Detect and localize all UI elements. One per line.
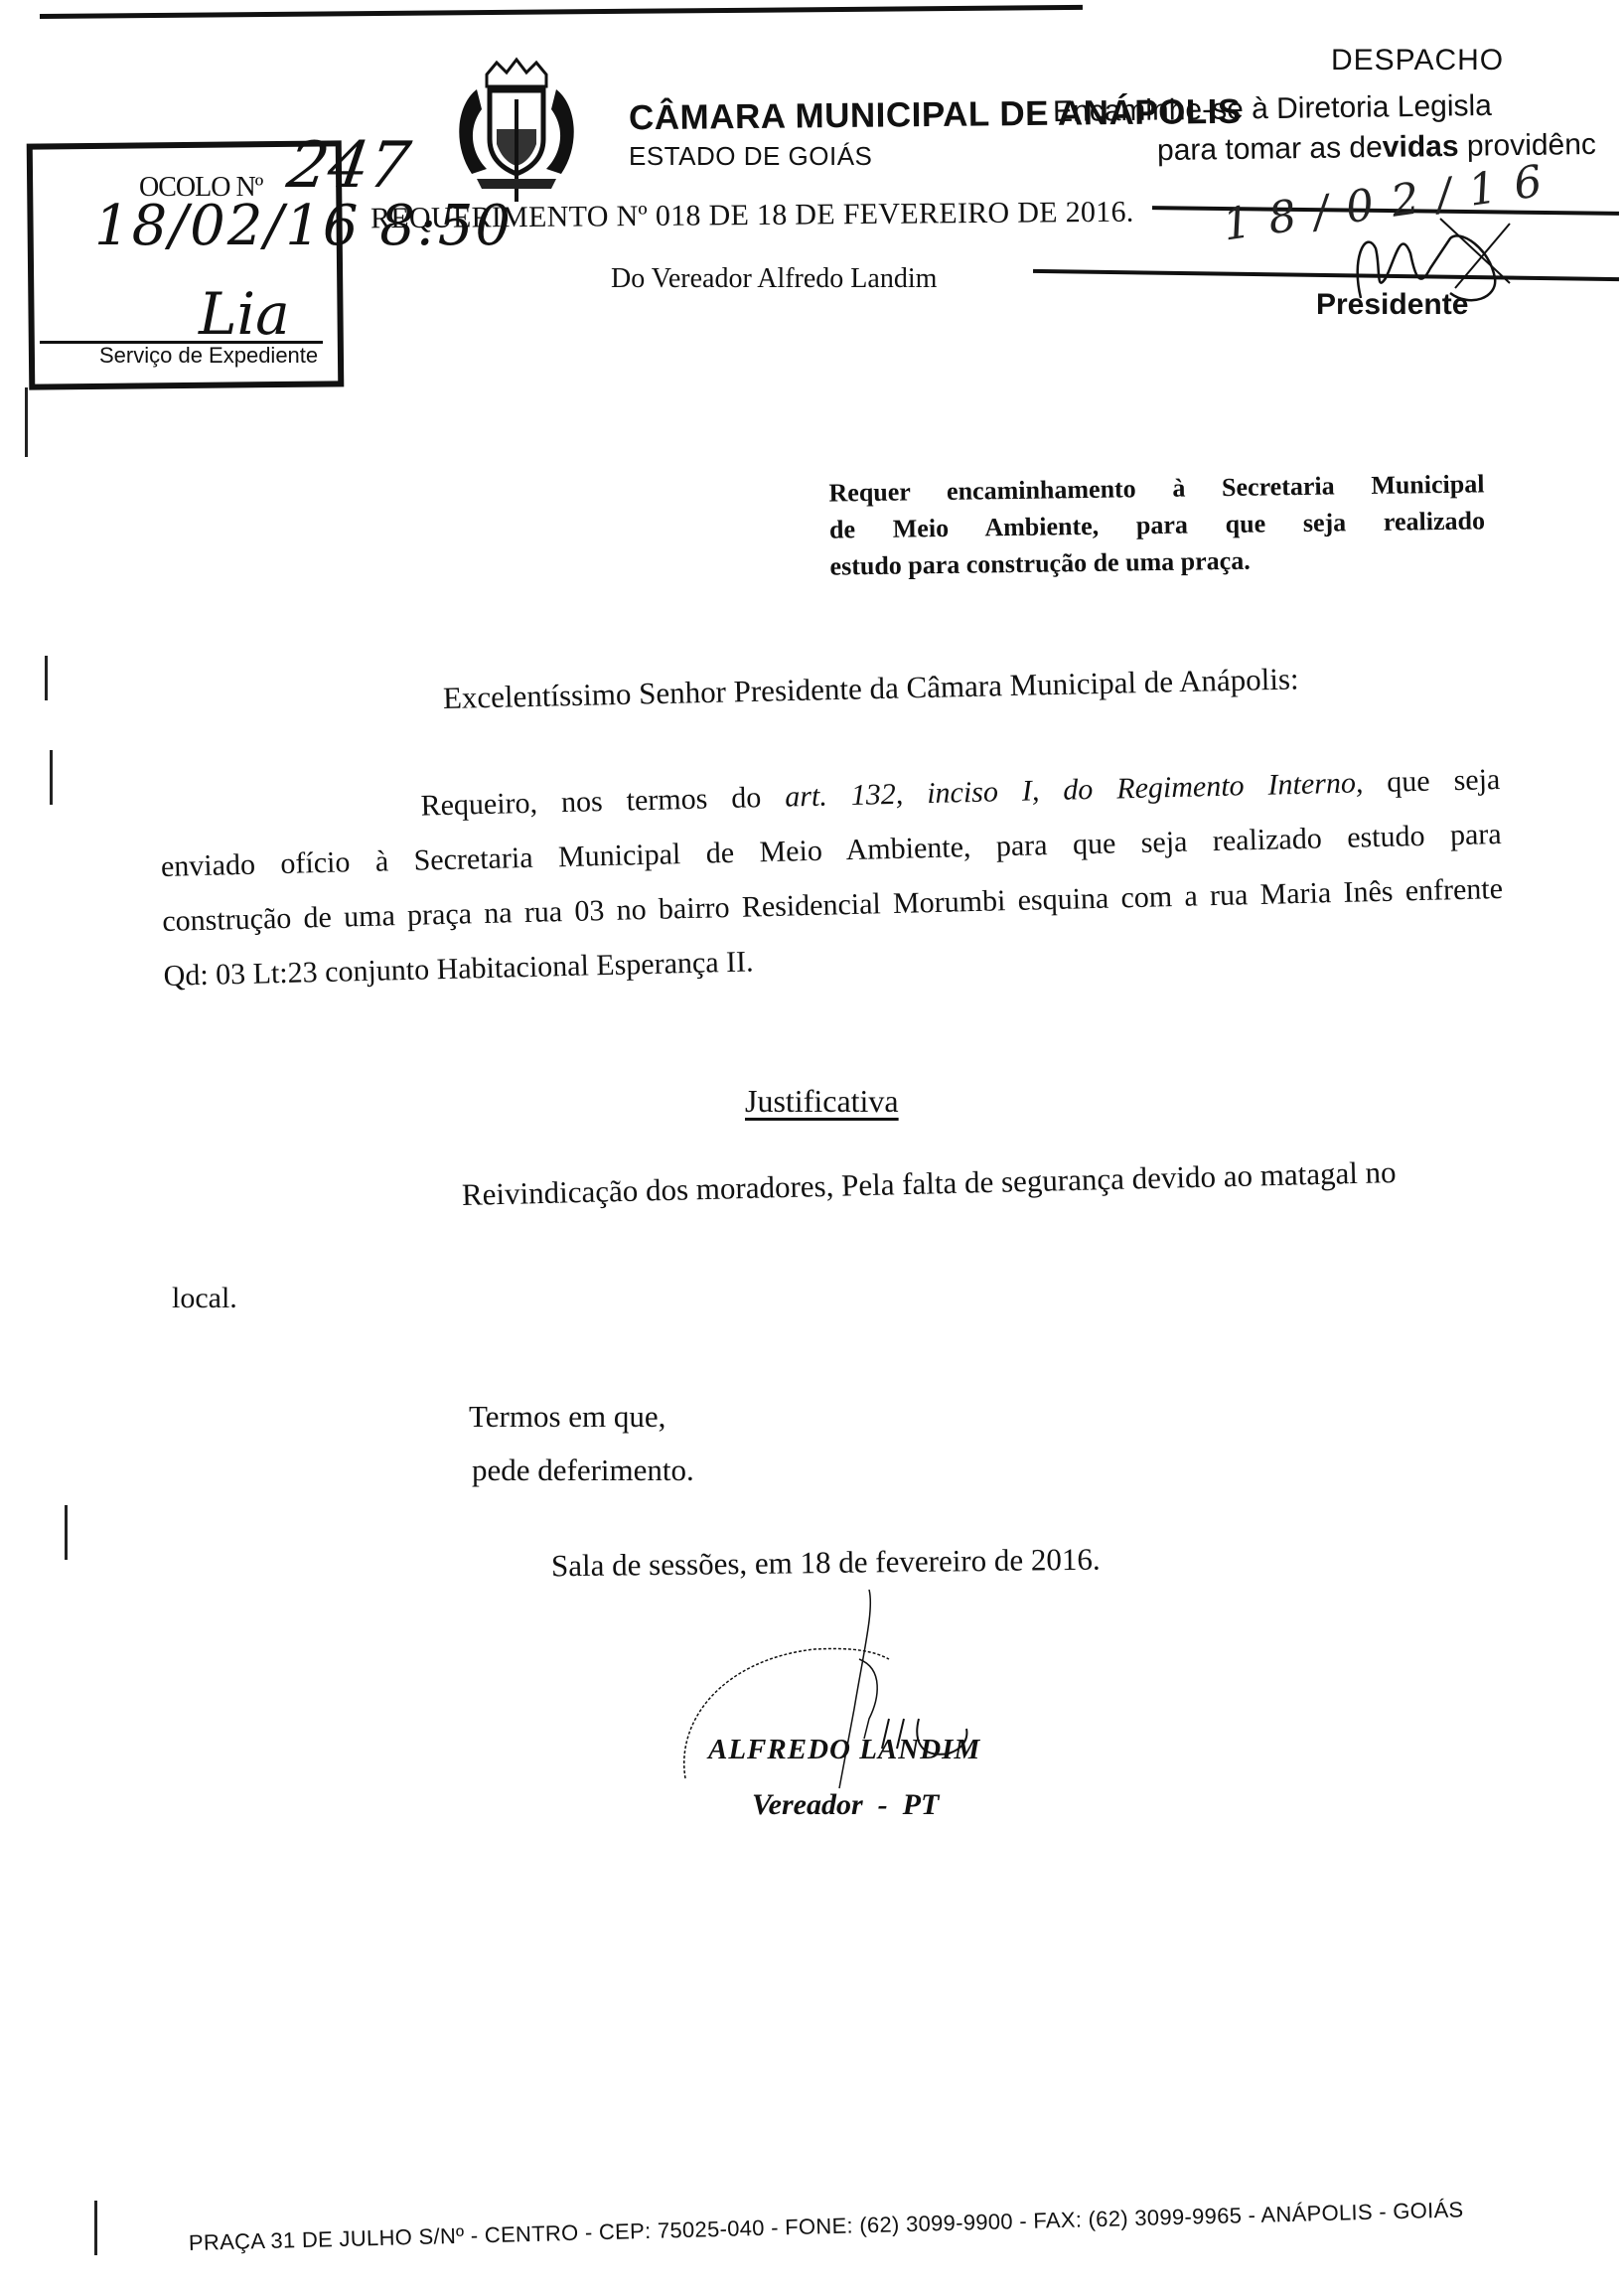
- body-text: Requeiro, nos termos do: [420, 781, 785, 823]
- protocol-signature: Lia: [199, 280, 290, 348]
- justification-heading: Justificativa: [745, 1083, 899, 1120]
- justification-text: Reivindicação dos moradores, Pela falta …: [462, 1154, 1397, 1213]
- despacho-title: DESPACHO: [1331, 44, 1504, 77]
- despacho-signature-label: Presidente: [1316, 288, 1468, 322]
- request-body: Requeiro, nos termos do art. 132, inciso…: [159, 752, 1505, 1003]
- body-text: que seja: [1363, 763, 1501, 799]
- institution-state: ESTADO DE GOIÁS: [629, 141, 872, 172]
- scan-artifact: [25, 387, 28, 457]
- scan-border-line: [40, 5, 1083, 19]
- protocol-number: 247: [283, 129, 415, 203]
- closing-line-1: Termos em que,: [469, 1399, 665, 1435]
- ementa-line: estudo para construção de uma praça.: [829, 538, 1485, 584]
- signer-name: ALFREDO LANDIM: [708, 1734, 980, 1766]
- scan-artifact: [50, 750, 53, 805]
- scan-artifact: [45, 656, 48, 700]
- document-title: REQUERIMENTO Nº 018 DE 18 DE FEVEREIRO D…: [370, 196, 1134, 236]
- signer-role: Vereador - PT: [752, 1788, 939, 1822]
- despacho-line-2-text: para tomar as de: [1157, 131, 1383, 167]
- justification-text-end: local.: [172, 1282, 237, 1315]
- salutation: Excelentíssimo Senhor Presidente da Câma…: [443, 661, 1299, 716]
- despacho-line-2-bold: vidas: [1383, 130, 1459, 164]
- protocol-service-label: Serviço de Expediente: [99, 343, 318, 369]
- ementa: Requer encaminhamento à Secretaria Munic…: [828, 465, 1485, 584]
- despacho-line-1: Encaminhe-se à Diretoria Legisla: [1053, 89, 1492, 129]
- place-date: Sala de sessões, em 18 de fevereiro de 2…: [551, 1542, 1101, 1585]
- closing-line-2: pede deferimento.: [472, 1452, 694, 1488]
- body-citation: art. 132, inciso I, do Regimento Interno…: [785, 766, 1364, 813]
- scan-artifact: [94, 2201, 97, 2255]
- municipal-crest-icon: [452, 55, 581, 204]
- scan-artifact: [65, 1505, 68, 1560]
- signer-signature-icon: [665, 1590, 1043, 1798]
- footer-address: PRAÇA 31 DE JULHO S/Nº - CENTRO - CEP: 7…: [189, 2197, 1464, 2256]
- document-author: Do Vereador Alfredo Landim: [611, 263, 937, 295]
